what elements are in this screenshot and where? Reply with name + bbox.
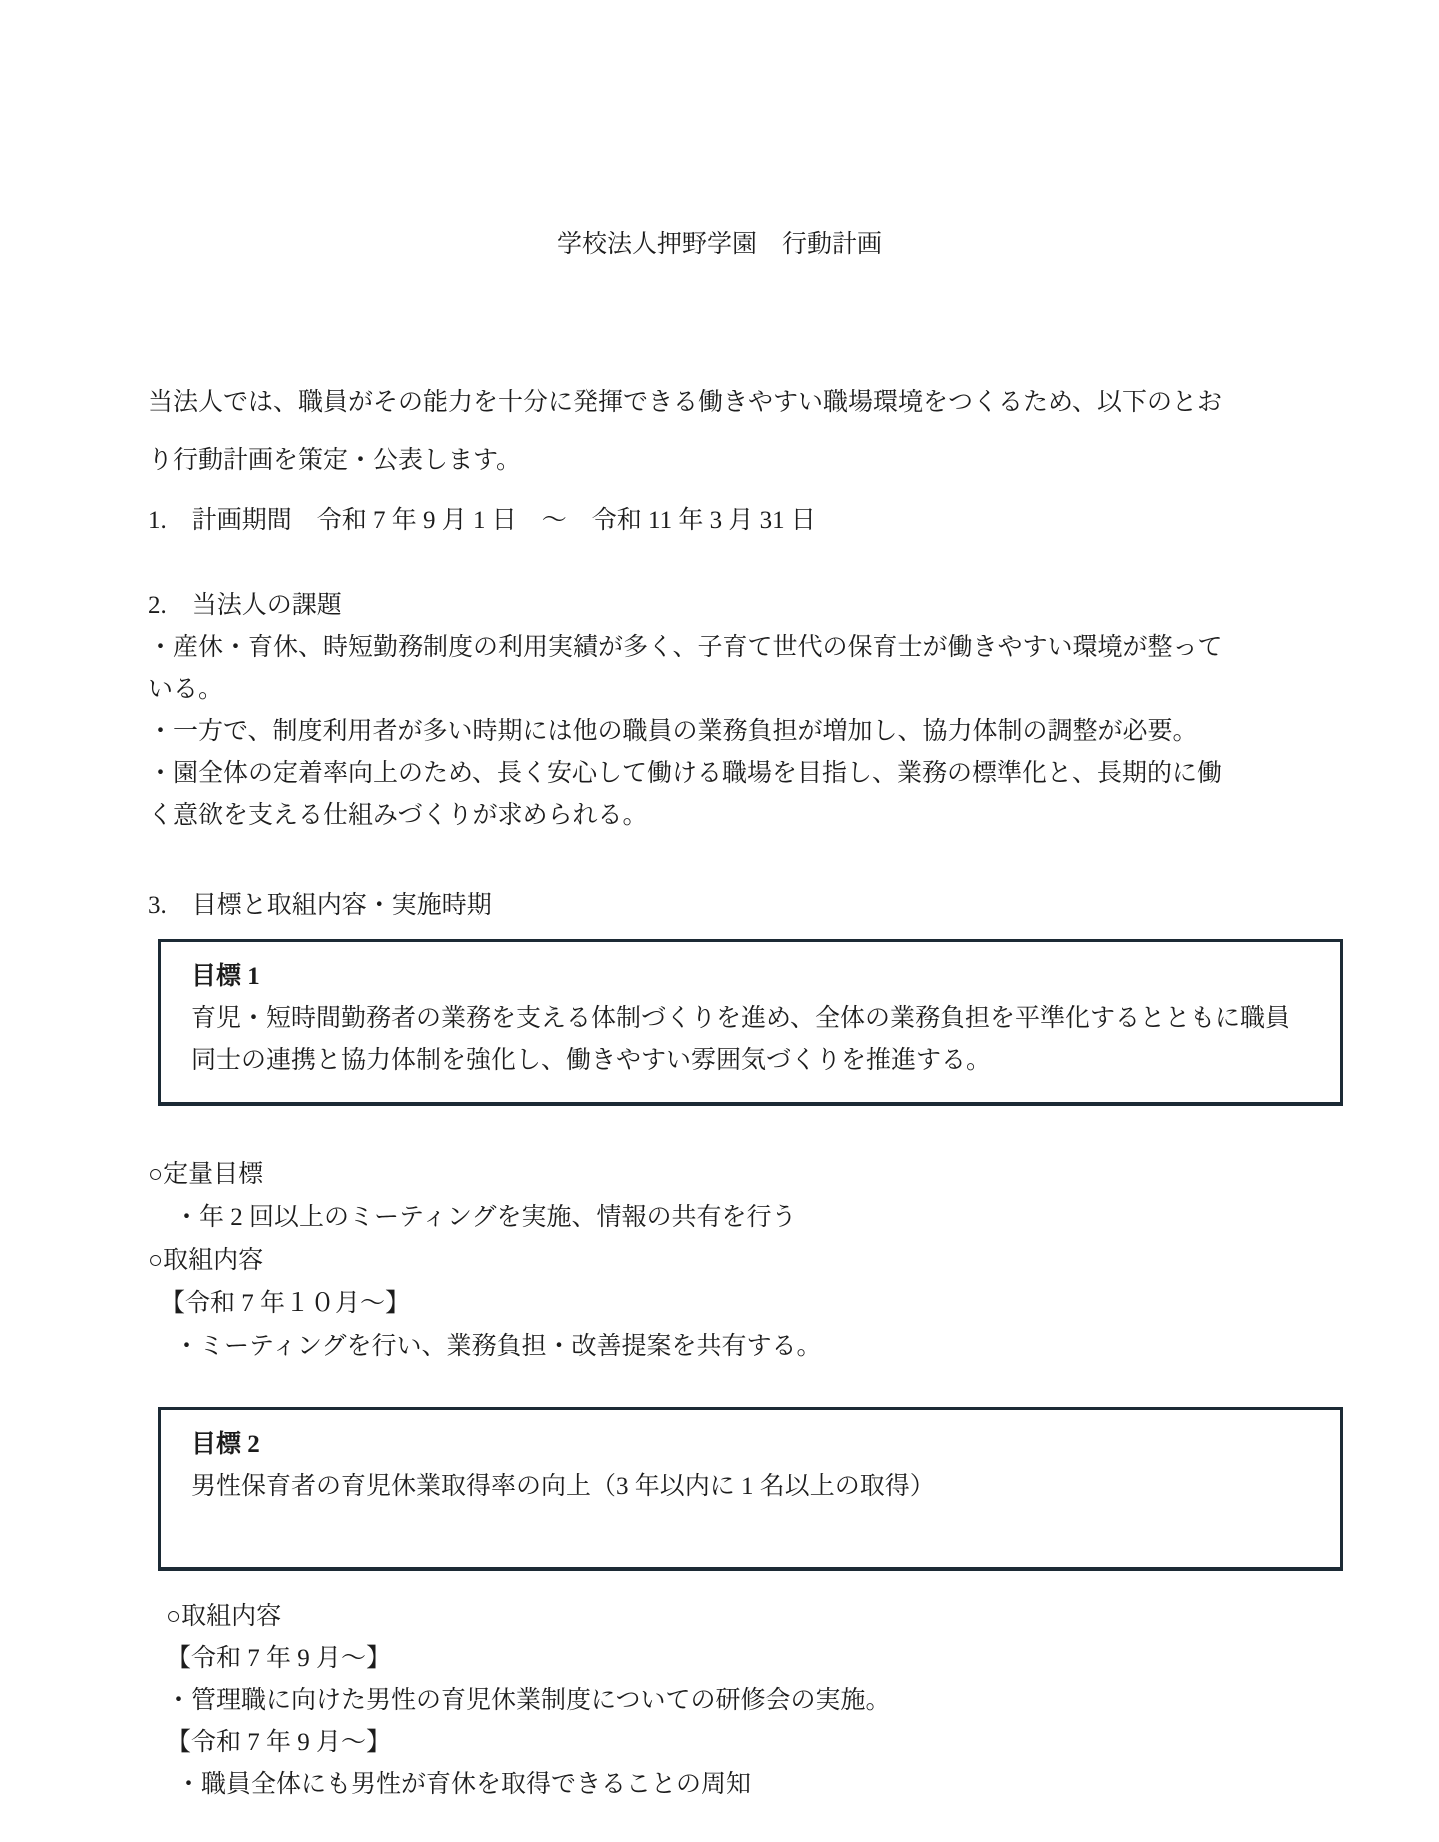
document-title: 学校法人押野学園 行動計画: [0, 0, 1439, 262]
issue-bullet-3: ・園全体の定着率向上のため、長く安心して働ける職場を目指し、業務の標準化と、長期…: [148, 753, 1349, 837]
quantitative-goal-item: ・年 2 回以上のミーティングを実施、情報の共有を行う: [174, 1196, 1349, 1239]
issues-heading: 2. 当法人の課題: [148, 585, 1349, 627]
issues-section: 2. 当法人の課題 ・産休・育休、時短勤務制度の利用実績が多く、子育て世代の保育…: [148, 585, 1349, 837]
goal-2-actions-heading: ○取組内容: [166, 1596, 1349, 1638]
plan-period-line: 1. 計画期間 令和 7 年 9 月 1 日 ～ 令和 11 年 3 月 31 …: [148, 499, 1349, 542]
goal-1-details: ○定量目標 ・年 2 回以上のミーティングを実施、情報の共有を行う ○取組内容 …: [148, 1153, 1349, 1368]
goal-1-box: 目標 1 育児・短時間勤務者の業務を支える体制づくりを進め、全体の業務負担を平準…: [158, 939, 1343, 1106]
goal-2-label: 目標 2: [191, 1424, 1334, 1466]
issue-bullet-2: ・一方で、制度利用者が多い時期には他の職員の業務負担が増加し、協力体制の調整が必…: [148, 711, 1349, 753]
goal-2-description: 男性保育者の育児休業取得率の向上（3 年以内に 1 名以上の取得）: [191, 1466, 1334, 1508]
goal-2-schedule-2: 【令和 7 年 9 月～】: [166, 1722, 1349, 1764]
goal-2-schedule-1: 【令和 7 年 9 月～】: [166, 1638, 1349, 1680]
goal-2-action-item-1: ・管理職に向けた男性の育児休業制度についての研修会の実施。: [166, 1680, 1349, 1722]
document-page: 学校法人押野学園 行動計画 当法人では、職員がその能力を十分に発揮できる働きやす…: [0, 0, 1439, 1842]
goal-1-schedule: 【令和 7 年１０月～】: [160, 1282, 1349, 1325]
goal-1-label: 目標 1: [191, 956, 1334, 998]
issue-bullet-1: ・産休・育休、時短勤務制度の利用実績が多く、子育て世代の保育士が働きやすい環境が…: [148, 627, 1349, 711]
goal-2-details: ○取組内容 【令和 7 年 9 月～】 ・管理職に向けた男性の育児休業制度につい…: [166, 1596, 1349, 1806]
goal-1-description: 育児・短時間勤務者の業務を支える体制づくりを進め、全体の業務負担を平準化するとと…: [191, 998, 1334, 1082]
goal-1-actions-heading: ○取組内容: [148, 1239, 1349, 1282]
goals-heading: 3. 目標と取組内容・実施時期: [148, 885, 1349, 927]
intro-paragraph: 当法人では、職員がその能力を十分に発揮できる働きやすい職場環境をつくるため、以下…: [148, 374, 1349, 490]
goal-2-action-item-2: ・職員全体にも男性が育休を取得できることの周知: [176, 1764, 1349, 1806]
document-body: 当法人では、職員がその能力を十分に発揮できる働きやすい職場環境をつくるため、以下…: [148, 374, 1349, 1806]
goal-1-action-item: ・ミーティングを行い、業務負担・改善提案を共有する。: [174, 1325, 1349, 1368]
quantitative-goal-heading: ○定量目標: [148, 1153, 1349, 1196]
goal-2-box: 目標 2 男性保育者の育児休業取得率の向上（3 年以内に 1 名以上の取得）: [158, 1407, 1343, 1571]
